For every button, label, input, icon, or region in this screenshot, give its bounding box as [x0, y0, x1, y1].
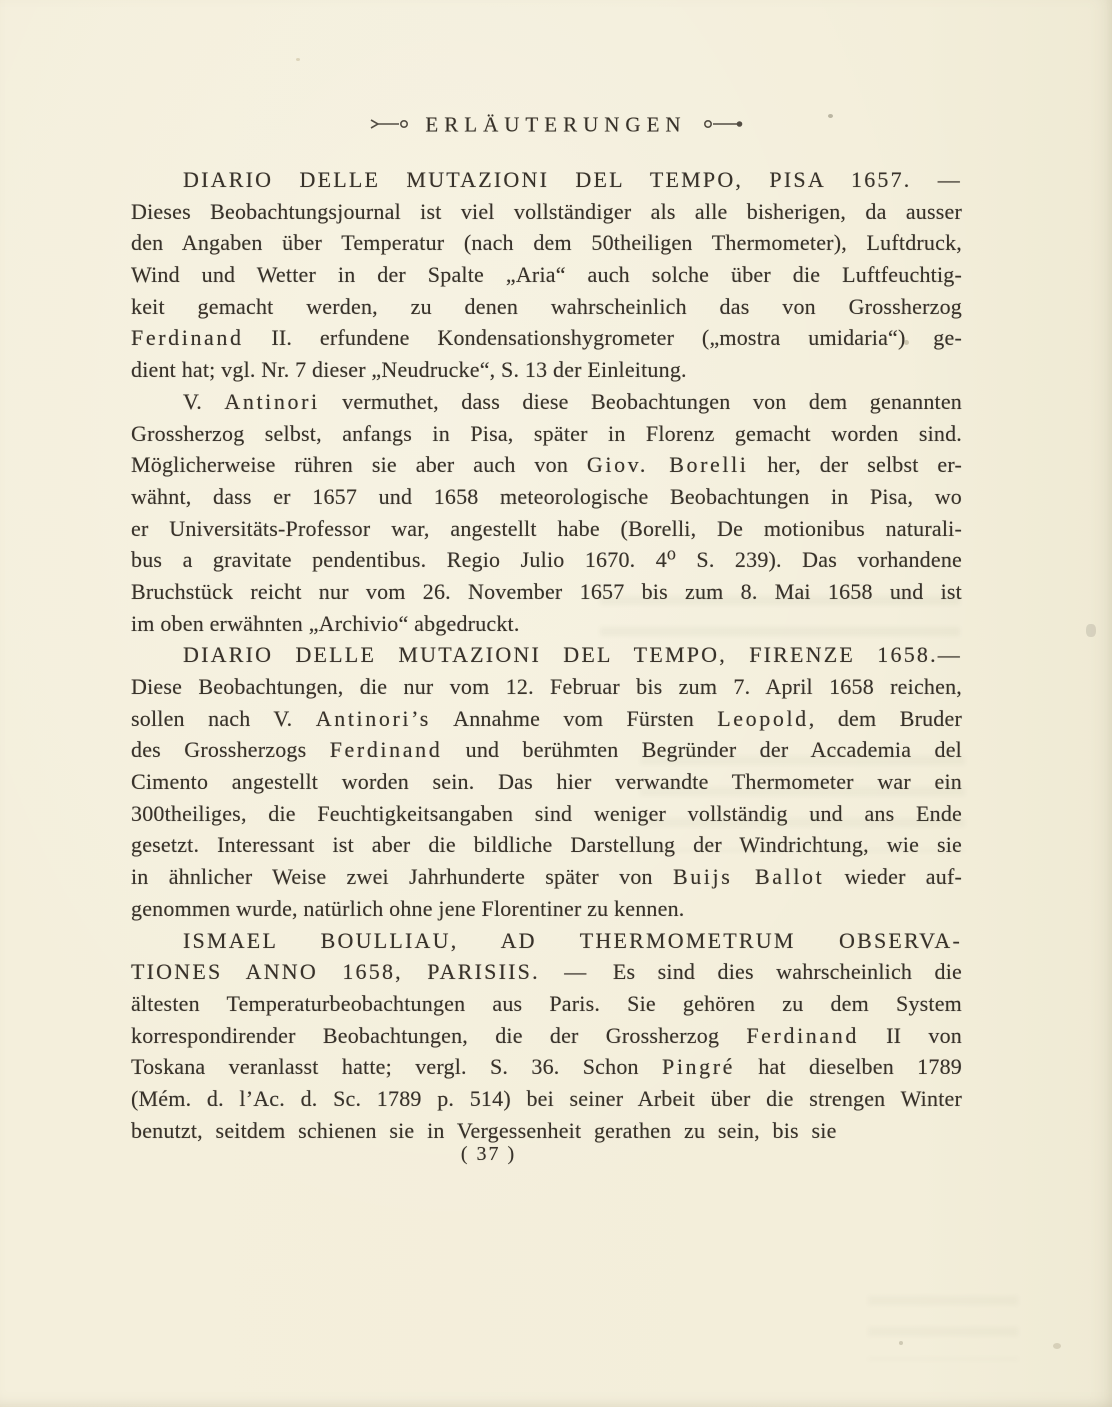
bleedthrough-artifact — [868, 1296, 1018, 1360]
text-line: bus a gravitate pendentibus. Regio Julio… — [131, 544, 962, 576]
text-line: Grossherzog selbst, anfangs in Pisa, spä… — [131, 418, 962, 450]
page-number: ( 37 ) — [131, 1143, 846, 1166]
scanned-page: ERLÄUTERUNGEN DIARIO DELLE MUTAZIONI DEL… — [0, 0, 1112, 1407]
text-line: im oben erwähnten „Archivio“ abgedruckt. — [131, 608, 962, 640]
text-line: des Grossherzogs Ferdinand und berühmten… — [131, 734, 962, 766]
text-segment: Möglicherweise rühren sie aber auch von — [131, 452, 587, 477]
paper-speck — [1086, 624, 1096, 637]
text-block: DIARIO DELLE MUTAZIONI DEL TEMPO, PISA 1… — [131, 164, 962, 1146]
text-segment: Annahme vom Fürsten — [431, 706, 717, 731]
text-line: 300theiliges, die Feuchtigkeitsangaben s… — [131, 798, 962, 830]
text-line: keit gemacht werden, zu denen wahrschein… — [131, 291, 962, 323]
person-name: Pingré — [662, 1054, 735, 1079]
text-line: dient hat; vgl. Nr. 7 dieser „Neudrucke“… — [131, 354, 962, 386]
page-header-title: ERLÄUTERUNGEN — [425, 112, 686, 136]
paper-speck — [296, 58, 300, 61]
person-name: Leopold — [717, 706, 809, 731]
text-segment: her, der selbst er- — [749, 452, 963, 477]
text-line: den Angaben über Temperatur (nach dem 50… — [131, 227, 962, 259]
text-line: Dieses Beobachtungsjournal ist viel voll… — [131, 196, 962, 228]
text-segment: II. erfundene Kondensationshygrometer („… — [244, 325, 962, 350]
text-line: genommen wurde, natürlich ohne jene Flor… — [131, 893, 962, 925]
text-line: in ähnlicher Weise zwei Jahrhunderte spä… — [131, 861, 962, 893]
paper-speck — [899, 1341, 903, 1345]
text-segment: Es sind dies wahrscheinlich die — [613, 959, 962, 984]
text-line: Wind und Wetter in der Spalte „Aria“ auc… — [131, 259, 962, 291]
text-line: gesetzt. Interessant ist aber die bildli… — [131, 829, 962, 861]
person-name: Ferdinand — [330, 737, 443, 762]
text-line: Ferdinand II. erfundene Kondensationshyg… — [131, 322, 962, 354]
text-segment: vermuthet, dass diese Beobachtungen von … — [320, 389, 962, 414]
text-segment: in ähnlicher Weise zwei Jahrhunderte spä… — [131, 864, 673, 889]
heading-continuation: TIONES ANNO 1658, PARISIIS. — — [131, 959, 613, 984]
text-line: TIONES ANNO 1658, PARISIIS. — Es sind di… — [131, 956, 962, 988]
text-line: korrespondirender Beobachtungen, die der… — [131, 1020, 962, 1052]
text-segment: V. — [183, 389, 224, 414]
text-line: (Mém. d. l’Ac. d. Sc. 1789 p. 514) bei s… — [131, 1083, 962, 1115]
person-name: Ferdinand — [746, 1023, 859, 1048]
person-name: Buijs Ballot — [673, 864, 824, 889]
text-segment: hat dieselben 1789 — [735, 1054, 962, 1079]
paper-speck — [1053, 1343, 1061, 1349]
text-line: benutzt, seitdem schienen sie in Vergess… — [131, 1115, 962, 1147]
page-header: ERLÄUTERUNGEN — [0, 112, 1112, 141]
text-line: V. Antinori vermuthet, dass diese Beobac… — [131, 386, 962, 418]
text-line: ältesten Temperaturbeobachtungen aus Par… — [131, 988, 962, 1020]
text-line: er Universitäts-Professor war, angestell… — [131, 513, 962, 545]
text-line: Diese Beobachtungen, die nur vom 12. Feb… — [131, 671, 962, 703]
text-segment: sollen nach V. — [131, 706, 316, 731]
text-segment: des Grossherzogs — [131, 737, 330, 762]
text-line: Bruchstück reicht nur vom 26. November 1… — [131, 576, 962, 608]
paragraph1-heading: DIARIO DELLE MUTAZIONI DEL TEMPO, PISA 1… — [131, 164, 962, 196]
text-segment: korrespondirender Beobachtungen, die der… — [131, 1023, 746, 1048]
text-segment: , dem Bruder — [809, 706, 962, 731]
header-ornament-right-icon — [701, 112, 743, 137]
paragraph4-heading: ISMAEL BOULLIAU, AD THERMOMETRUM OBSERVA… — [131, 925, 962, 957]
text-segment: II von — [859, 1023, 962, 1048]
person-name: Ferdinand — [131, 325, 244, 350]
text-segment: Toskana veranlasst hatte; vergl. S. 36. … — [131, 1054, 662, 1079]
person-name: Antinori — [224, 389, 319, 414]
text-line: wähnt, dass er 1657 und 1658 meteorologi… — [131, 481, 962, 513]
person-name: Antinori’s — [316, 706, 431, 731]
header-ornament-left-icon — [369, 112, 411, 137]
text-line: sollen nach V. Antinori’s Annahme vom Fü… — [131, 703, 962, 735]
paragraph3-heading: DIARIO DELLE MUTAZIONI DEL TEMPO, FIRENZ… — [131, 639, 962, 671]
text-segment: wieder auf- — [824, 864, 962, 889]
text-segment: und berühmten Begründer der Accademia de… — [442, 737, 962, 762]
text-line: Möglicherweise rühren sie aber auch von … — [131, 449, 962, 481]
text-line: Toskana veranlasst hatte; vergl. S. 36. … — [131, 1051, 962, 1083]
person-name: Giov. Borelli — [587, 452, 749, 477]
text-line: Cimento angestellt worden sein. Das hier… — [131, 766, 962, 798]
